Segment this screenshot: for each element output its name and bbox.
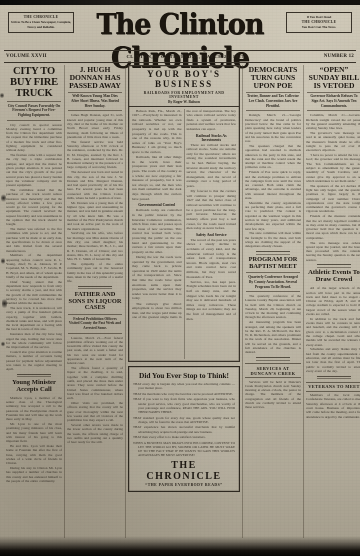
article-divider — [317, 264, 352, 268]
paragraph: The officers found a quantity of liquor … — [67, 366, 123, 400]
scan-artifact — [1, 341, 5, 347]
paragraph: Mr. Lyon is one of the most promising yo… — [6, 422, 62, 443]
paragraph: Columbia, March 21.—Governor Richards to… — [306, 113, 360, 130]
article-headline: SERVICES AT DUNCAN'S CREEK — [245, 363, 301, 378]
article-baptist-meet: PROGRAM FOR BAPTIST MEET Quarterly Confe… — [245, 257, 301, 355]
paragraph: THAT if you want to buy from firms who a… — [133, 397, 235, 414]
paragraph: Matthew Lyon, a member of the senior cla… — [6, 396, 62, 422]
article-veterans-meet: VETERANS TO MEET Members of the local ca… — [306, 382, 360, 419]
article-duncans-creek: SERVICES AT DUNCAN'S CREEK Services will… — [245, 363, 301, 409]
advert-title: Did You Ever Stop to Think! — [133, 371, 235, 380]
advert-signature: THE CHRONICLE — [133, 460, 235, 482]
paragraph: The new truck, it is understood, will ca… — [6, 306, 62, 332]
advert-body: THAT every day is bargain day when you r… — [133, 382, 235, 458]
article-body: Members of the local camp, Confederate V… — [306, 393, 360, 419]
article-subhead: Governor Richards Refuses To Sign Act. S… — [307, 92, 360, 112]
scan-edge-top — [0, 0, 360, 5]
dateline: CLINTON, S. C., THURSDAY, MARCH 24, 1927 — [126, 54, 244, 59]
volume-label: VOLUME XXVII — [4, 54, 49, 59]
paragraph: Meantime the county organizations are pe… — [245, 201, 301, 231]
paragraph: Babson Park, Fla., March 21, 1927.—Every… — [132, 109, 182, 155]
paragraph: The quarterly conference of the Laurens … — [245, 294, 301, 320]
article-body: James Hugh Donnan, aged 31, well-known a… — [67, 113, 123, 283]
article-headline: VETERANS TO MEET — [306, 382, 360, 392]
paragraph: The veto message was ordered spread upon… — [306, 241, 360, 262]
paragraph: The sponsors of the act declare the figh… — [306, 184, 360, 214]
article-body: Babson Park, Fla., March 21, 1927.—Every… — [129, 107, 239, 361]
column-1: CITY TO BUY FIRE TRUCK City Council Pass… — [4, 65, 64, 538]
advert-think-box: Did You Ever Stop to Think! THAT every d… — [128, 366, 240, 493]
scan-artifact — [1, 257, 5, 265]
article-headline: “OPEN” SUNDAY BILL IS VETOED — [306, 66, 360, 90]
folio-line: VOLUME XXVII CLINTON, S. C., THURSDAY, M… — [4, 50, 356, 63]
article-athletic-events: Athletic Events To Draw Crowd All of the… — [306, 270, 360, 373]
article-divider — [317, 376, 352, 380]
newspaper-front-page: THE CHRONICLE Strives To Be a Clean News… — [0, 0, 360, 556]
right-ear-box: If You Don't Read THE CHRONICLE You Don'… — [286, 12, 352, 33]
scan-artifact — [2, 297, 7, 310]
article-babson-box: YOUR BOY'S BUSINESS RAILROADS FOR EMPLOY… — [128, 65, 240, 362]
article-city-fire-truck: CITY TO BUY FIRE TRUCK City Council Pass… — [6, 66, 62, 371]
paragraph: The speakers charged that the opposition… — [245, 144, 301, 170]
right-ear-line3: You Don't Get The News. — [288, 25, 350, 30]
paragraph: My forecast is that the carriers will co… — [187, 189, 237, 230]
article-body: Columbia, March 21.—Governor Richards to… — [306, 113, 360, 262]
paragraph: Other visits are promised, the officers … — [67, 401, 123, 422]
article-headline: Young Minister Accepts Call — [6, 380, 62, 394]
article-headline: FATHER AND SONS IN LIQUOR CASES — [67, 292, 123, 312]
paragraph: The sympathy of the entire community goe… — [67, 262, 123, 283]
paragraph: THAT the merchants who carry the best th… — [133, 392, 235, 396]
column-5: “OPEN” SUNDAY BILL IS VETOED Governor Ri… — [303, 65, 360, 538]
paragraph: During the war the roads were operated b… — [132, 255, 182, 301]
paragraph: Members of the department appearing befo… — [6, 253, 62, 279]
paragraph: During his stay in Clinton Mr. Lyon has … — [6, 466, 62, 483]
paragraph: Surviving are his wife, who before her m… — [67, 231, 123, 261]
page-columns: CITY TO BUY FIRE TRUCK City Council Pass… — [4, 65, 356, 538]
article-subhead: Trotter, Bonner and Tax Collector Lee Cl… — [246, 92, 300, 112]
paragraph: James Hugh Donnan, aged 31, well-known a… — [67, 113, 123, 139]
paragraph: The deceased was born and reared in this… — [67, 170, 123, 200]
paragraph: Service, too, has kept pace. Freight sch… — [187, 280, 237, 321]
advert-tagline: “THE PAPER EVERYBODY READS” — [133, 483, 235, 487]
article-subhead: Quarterly Conference Arranged By County … — [246, 272, 300, 292]
paragraph: Friends of the measure contended that th… — [306, 214, 360, 240]
paragraph: The funeral service was held Saturday af… — [67, 140, 123, 170]
paragraph: The committee stated that the purchase o… — [6, 188, 62, 227]
paragraph: An interesting program has been arranged… — [245, 320, 301, 354]
article-subhead: City Council Passes Favorably On Firemen… — [7, 101, 61, 121]
paragraph: 'I have no power to amend the law of God… — [306, 153, 360, 183]
paragraph: Several other arrests were made in the l… — [67, 423, 123, 444]
paragraph: THAT every day is bargain day when you r… — [133, 382, 235, 391]
paragraph: Services will be held at Duncan's Creek … — [245, 380, 301, 410]
article-headline: J. HUGH DONNAN HAS PASSED AWAY — [67, 66, 123, 90]
article-headline: PROGRAM FOR BAPTIST MEET — [245, 257, 301, 270]
paragraph: Railroads today are controlled in the pu… — [132, 208, 182, 254]
paragraph: Members of the local camp, Confederate V… — [306, 393, 360, 419]
column-2: J. HUGH DONNAN HAS PASSED AWAY Well-Know… — [64, 65, 125, 538]
article-body: Services will be held at Duncan's Creek … — [245, 380, 301, 410]
scan-edge-bottom — [0, 536, 360, 556]
paragraph: Mr. Donnan was a young man of the highes… — [67, 201, 123, 231]
scan-artifact — [1, 193, 6, 203]
paragraph: Chief Young stated that the department n… — [6, 280, 62, 306]
paragraph: WHEN A BUSINESS MAN DRAWS INTO HIS CORNE… — [133, 441, 235, 458]
paragraph: Laurens, March 21.—Four federal prohibit… — [67, 336, 123, 366]
paragraph: City council in special session Monday e… — [6, 123, 62, 153]
article-body: City council in special session Monday e… — [6, 123, 62, 372]
paragraph: All of the larger schools of this sectio… — [306, 286, 360, 316]
article-divider — [256, 251, 291, 255]
crosshead: Governmental Control — [132, 203, 182, 207]
article-subhead: Federal Prohibition Officers Visited Cou… — [68, 314, 122, 334]
paragraph: The firemen came with a request that the… — [6, 153, 62, 187]
article-byline: By Roger W. Babson — [131, 100, 237, 104]
paragraph: Council also gave attention to routine m… — [6, 350, 62, 371]
paragraph: In addition to the track and field event… — [306, 317, 360, 347]
paragraph: Insurance men of the city have long urge… — [6, 332, 62, 349]
article-headline: CITY TO BUY FIRE TRUCK — [6, 66, 62, 99]
article-body: Matthew Lyon, a member of the senior cla… — [6, 396, 62, 483]
crosshead: Safety And Service — [187, 233, 237, 237]
article-headline: Athletic Events To Draw Crowd — [306, 270, 360, 284]
article-headline: YOUR BOY'S BUSINESS — [131, 69, 237, 89]
paragraph: Schedules and entry blanks may be had fr… — [306, 347, 360, 373]
article-democrats-poe: DEMOCRATS TURN GUNS UPON POE Trotter, Bo… — [245, 66, 301, 249]
paragraph: The state committee will meet within the… — [245, 231, 301, 248]
article-divider — [78, 286, 113, 290]
paragraph: The governor's veto message was read in … — [306, 131, 360, 152]
scan-artifact — [0, 92, 4, 99]
crosshead: Railroad Stocks As Investments — [187, 134, 237, 142]
paragraph: There are railroad stocks and railroad s… — [187, 143, 237, 189]
left-ear-text: Strives To Be a Clean Newspaper, Complet… — [10, 20, 72, 30]
paragraph: The record of the past ten years shows a… — [187, 238, 237, 279]
paragraph: THAT their every effort is to make satis… — [133, 435, 235, 439]
paragraph: Railroads, like all other things in the … — [132, 155, 182, 201]
column-4: DEMOCRATS TURN GUNS UPON POE Trotter, Bo… — [242, 65, 303, 538]
paragraph: He and Mrs. Lyon will make their home at… — [6, 444, 62, 465]
paragraph: The matter was referred to the fire comm… — [6, 227, 62, 253]
article-young-minister: Young Minister Accepts Call Matthew Lyon… — [6, 380, 62, 483]
issue-number-label: NUMBER 12 — [322, 54, 356, 59]
babson-header: YOUR BOY'S BUSINESS RAILROADS FOR EMPLOY… — [129, 66, 239, 107]
article-sunday-bill-vetoed: “OPEN” SUNDAY BILL IS VETOED Governor Ri… — [306, 66, 360, 262]
article-body: Laurens, March 21.—Four federal prohibit… — [67, 336, 123, 445]
article-headline: DEMOCRATS TURN GUNS UPON POE — [245, 66, 301, 90]
paragraph: Friends of Poe were quick to reply, and … — [245, 170, 301, 200]
article-body: The quarterly conference of the Laurens … — [245, 294, 301, 355]
paragraph: THAT experience has shown successful mer… — [133, 425, 235, 434]
article-donnan-obituary: J. HUGH DONNAN HAS PASSED AWAY Well-Know… — [67, 66, 123, 283]
article-body: All of the larger schools of this sectio… — [306, 286, 360, 373]
article-divider — [17, 374, 52, 378]
paragraph: THAT standard goods for every day use, g… — [133, 416, 235, 425]
paragraph: Raleigh, March 21.—'Georgia Democracy' a… — [245, 113, 301, 143]
left-ear-box: THE CHRONICLE Strives To Be a Clean News… — [8, 12, 74, 33]
article-subhead: Well-Known Young Man Dies After Short Il… — [68, 92, 122, 112]
article-liquor-cases: FATHER AND SONS IN LIQUOR CASES Federal … — [67, 292, 123, 445]
article-body: Raleigh, March 21.—'Georgia Democracy' a… — [245, 113, 301, 248]
column-center: YOUR BOY'S BUSINESS RAILROADS FOR EMPLOY… — [125, 65, 242, 538]
article-divider — [256, 357, 291, 361]
article-subhead: RAILROADS FOR EMPLOYMENT AND INVESTMENT — [131, 91, 237, 99]
